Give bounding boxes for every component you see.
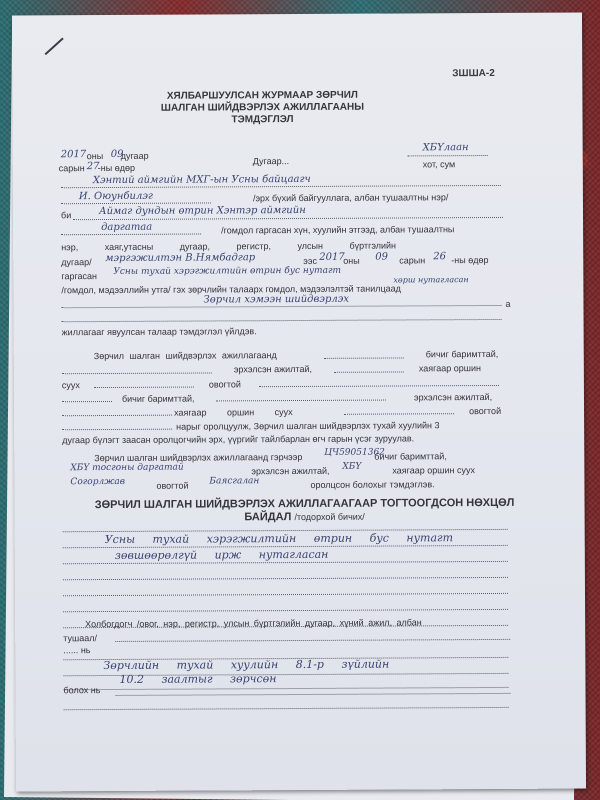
hw-inspector: мэргэжилтэн В.Нямбадгар: [105, 252, 255, 264]
hw-officer: И. Оюунбилэг: [79, 191, 153, 202]
dotted-line: [64, 707, 509, 710]
dotted-line: [62, 429, 172, 431]
hw-witness-workplace: ХБҮ тосгоны даргатай: [70, 463, 183, 474]
label-year-2: оны: [343, 256, 360, 266]
dotted-line: [62, 415, 172, 417]
label-document-2: бичиг баримттай,: [122, 394, 195, 404]
hw-city: ХБҮлаан: [423, 142, 469, 153]
dotted-line: [94, 387, 194, 389]
hw-violation: Зөрчил хэмээн шийдвэрлэх: [203, 294, 349, 306]
hw-complainant-2: даргатаа: [101, 222, 152, 233]
label-complainant: /гомдол гаргасан хүн, хуулийн этгээд, ал…: [221, 224, 454, 235]
label-residing: хаягаар оршин: [419, 363, 481, 373]
label-related: Холбогдогч /овог, нэр, регистр, улсын бү…: [85, 617, 422, 629]
dotted-line: [63, 609, 508, 612]
dotted-line: [216, 400, 386, 402]
section-heading: ЗӨРЧИЛ ШАЛГАН ШИЙДВЭРЛЭХ АЖИЛЛАГААГААР Т…: [75, 497, 535, 525]
dotted-line: [62, 372, 212, 374]
dotted-line: [62, 305, 502, 308]
document-title: ХЯЛБАРШУУЛСАН ЖУРМААР ЗӨРЧИЛ ШАЛГАН ШИЙД…: [102, 89, 422, 127]
hw-year: 2017: [61, 149, 87, 160]
label-city: хот, сум: [423, 159, 455, 169]
form-code: ЗШША-2: [452, 68, 495, 79]
label-suuh: суух: [62, 380, 80, 390]
dotted-line: [408, 155, 488, 156]
label-participated: оролцсон болохыг тэмдэглэв.: [310, 479, 434, 490]
pen-mark: [45, 37, 64, 55]
dotted-line: [64, 687, 509, 690]
dotted-line: [259, 385, 499, 387]
hw-witness-name: Согорлжав: [70, 477, 125, 487]
label-day-prefix: сарын: [59, 163, 85, 173]
dotted-line: [63, 593, 508, 596]
label-day-suffix: -ны өдөр: [98, 163, 135, 173]
label-surname-3: овогтой: [156, 481, 188, 491]
label-rights-1: нарыг оролцуулж, Зөрчил шалган шийдвэрлэ…: [176, 420, 439, 431]
dotted-line: [62, 401, 112, 402]
hw-organization: Хэнтий аймгийн МХГ-ын Усны байцаагч: [93, 174, 311, 186]
label-year: оны: [87, 151, 104, 161]
hw-complaint-text: Усны тухай хэрэгжилтийн өтрин бус нутагт: [113, 266, 341, 277]
hw-report-year: 2017: [319, 252, 345, 263]
label-number: Дугаар...: [253, 156, 289, 166]
hw-law-2: 10.2 заалтыг зөрчсөн: [119, 672, 276, 686]
section-heading-line-2: БАЙДАЛ /тодорхой бичих/: [75, 510, 535, 525]
label-rights-2: дугаар бүлэгт заасан оролцогчийн эрх, үү…: [62, 433, 414, 445]
dotted-line: [324, 357, 404, 358]
dotted-line: [61, 234, 201, 236]
dotted-line: [344, 413, 454, 415]
hw-complainant-1: Аймаг дундын өтрин Хэнтэр аймгийн: [99, 205, 306, 217]
dotted-line: [334, 371, 404, 372]
label-position: тушаал/: [63, 633, 97, 643]
section-heading-line-1: ЗӨРЧИЛ ШАЛГАН ШИЙДВЭРЛЭХ АЖИЛЛАГААГААР Т…: [75, 497, 535, 512]
label-number-close: дугаар/: [61, 257, 91, 267]
label-day-2: -ны өдөр: [451, 255, 488, 265]
dotted-line: [62, 319, 502, 322]
dotted-line: [73, 217, 503, 220]
label-name-address: нэр, хаяг,утасны дугаар, регистр, улсын …: [61, 240, 396, 252]
label-surname-2: овогтой: [469, 406, 501, 416]
hw-witness-surname: Баясгалан: [209, 476, 259, 486]
hw-complaint-note: хөрш нутагласан: [393, 275, 468, 284]
label-residing-3: хаягаар оршин суух: [392, 465, 475, 475]
dotted-line: [63, 577, 508, 580]
hw-report-day: 26: [433, 251, 446, 262]
label-possible: болох нь: [63, 685, 100, 695]
label-month-2: сарын: [399, 255, 425, 265]
label-a: а: [505, 299, 510, 309]
label-ees: ээс: [303, 256, 317, 266]
label-document: бичиг баримттай,: [426, 349, 499, 359]
label-employee-3: эрхэлсэн ажилтай,: [251, 466, 329, 476]
hw-finding-2: зөвшөөрөлгүй ирж нутагласан: [115, 548, 329, 562]
label-participants-1: Зөрчил шалган шийдвэрлэх ажиллагаанд: [94, 350, 277, 361]
label-employee-2: эрхэлсэн ажилтай,: [414, 392, 492, 402]
label-month: дугаар: [121, 151, 149, 161]
dotted-line: [116, 693, 511, 696]
hw-witness-address: ХБҮ: [342, 462, 361, 472]
hw-finding-1: Усны тухай хэрэгжилтийн өтрин бус нутагт: [105, 531, 453, 546]
label-residing-2: хаягаар оршин суух: [174, 407, 293, 418]
label-document-3: бичиг баримттай,: [374, 451, 447, 461]
label-activity: жиллагааг явуулсан талаар тэмдэглэл үйлд…: [62, 326, 257, 337]
document-page: ЗШША-2 ХЯЛБАРШУУЛСАН ЖУРМААР ЗӨРЧИЛ ШАЛГ…: [12, 13, 586, 792]
dotted-line: [61, 202, 211, 204]
hw-law-1: Зөрчлийн тухай хуулийн 8.1-р зүйлийн: [103, 658, 389, 672]
label-submitted: гаргасан: [61, 271, 97, 281]
label-authority: /эрх бүхий байгууллага, албан тушаалтны …: [253, 192, 448, 203]
title-line-3: ТЭМДЭГЛЭЛ: [102, 113, 422, 127]
label-bi: би: [61, 210, 71, 220]
label-witness: Зөрчил шалган шийдвэрлэх ажиллагаанд гэр…: [94, 452, 302, 463]
label-nh: ...... нь: [63, 645, 90, 655]
hw-report-month: 09: [375, 252, 388, 263]
label-employee: эрхэлсэн ажилтай,: [234, 364, 312, 374]
label-surname: овогтой: [209, 379, 241, 389]
dotted-line: [115, 639, 510, 642]
